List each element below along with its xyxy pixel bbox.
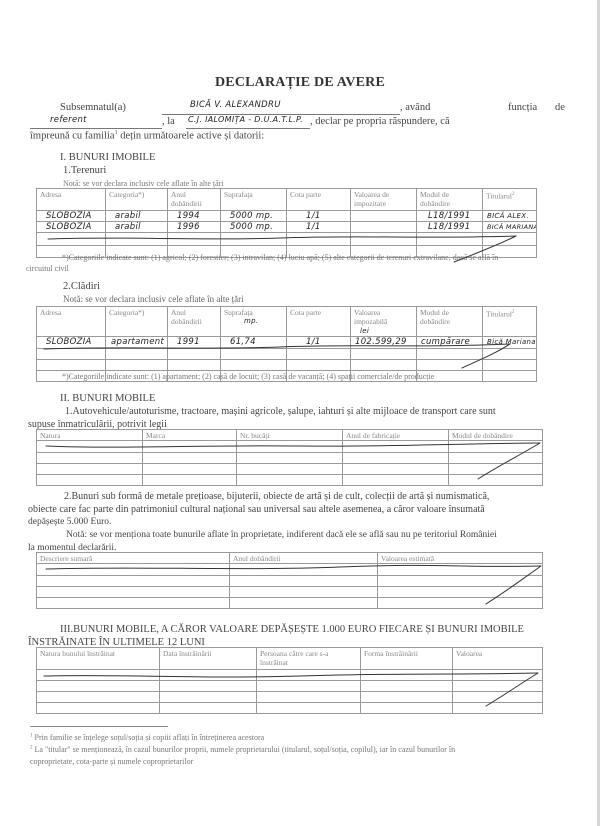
valuables-text: 2.Bunuri sub formă de metale prețioase, …	[64, 491, 489, 502]
cell-cota: 1/1	[290, 222, 347, 232]
footnote-separator	[30, 726, 168, 727]
col-cota: Cota parte	[287, 189, 351, 211]
col-mod: Modul de dobândire	[417, 189, 483, 211]
cell-mod: L18/1991	[420, 211, 479, 221]
col-anul: Anul dobândirii	[168, 189, 221, 211]
institution-value: C.J. IALOMIȚA - D.U.A.T.L.P.	[188, 115, 303, 124]
functia-label: funcția	[508, 102, 537, 113]
cell-categoria: arabil	[109, 222, 164, 232]
col-suprafata: Suprafațamp.	[221, 307, 287, 337]
col-anul-fabricatie: Anul de fabricație	[343, 430, 449, 441]
function-field[interactable]: referent	[30, 114, 162, 129]
section-2-heading: II. BUNURI MOBILE	[60, 393, 155, 404]
cell-cota: 1/1	[290, 211, 347, 221]
col-suprafata: Suprafața	[221, 189, 287, 211]
cladiri-footnote: *)Categoriile indicate sunt: (1) apartam…	[62, 372, 434, 381]
terenuri-note: Notă: se vor declara inclusiv cele aflat…	[63, 179, 224, 188]
cell-suprafata: 5000 mp.	[224, 211, 283, 221]
declar-text: , declar pe propria răspundere, că	[310, 116, 450, 127]
cell-titular: BICĂ ALEX.	[486, 211, 533, 221]
intro-family-text: împreună cu familia	[30, 131, 115, 142]
institution-field[interactable]: C.J. IALOMIȚA - D.U.A.T.L.P.	[186, 114, 310, 129]
section-1-heading: I. BUNURI IMOBILE	[60, 152, 155, 163]
cell-categoria: arabil	[109, 211, 164, 221]
col-forma-instrainarii: Forma înstrăinării	[361, 648, 453, 670]
col-anul-dobandirii: Anul dobândirii	[230, 553, 378, 564]
table-row: SLOBOZIA arabil 1994 5000 mp. 1/1 L18/19…	[37, 211, 537, 222]
cell-mod: cumpărare	[420, 337, 479, 347]
intro-rest-text: dețin următoarele active și datorii:	[118, 131, 265, 142]
col-descriere: Descriere sumară	[37, 553, 230, 564]
la-label: , la	[162, 116, 175, 127]
function-value: referent	[50, 115, 87, 125]
col-titular-label: Titularul	[486, 310, 512, 319]
col-titular-label: Titularul	[486, 192, 512, 201]
valuables-text-cont2: depășește 5.000 Euro.	[28, 517, 111, 527]
table-row: SLOBOZIA arabil 1996 5000 mp. 1/1 L18/19…	[37, 222, 537, 233]
col-marca: Marca	[143, 430, 237, 441]
terenuri-heading: 1.Terenuri	[63, 165, 106, 176]
name-field[interactable]: BICĂ V. ALEXANDRU	[162, 100, 400, 115]
cell-titular: BICĂ MARIANA	[486, 222, 533, 232]
col-categoria: Categoria*)	[106, 189, 168, 211]
col-cota: Cota parte	[287, 307, 351, 337]
de-label: de	[555, 102, 565, 113]
valuables-text-cont: obiecte care fac parte din patrimoniul c…	[28, 504, 485, 515]
page-title: DECLARAȚIE DE AVERE	[0, 75, 600, 91]
terenuri-table: Adresa Categoria*) Anul dobândirii Supra…	[36, 188, 537, 258]
cell-anul: 1996	[171, 222, 217, 232]
alienated-assets-table: Natura bunului înstrăinat Data înstrăină…	[36, 647, 543, 714]
col-valoare-estimata: Valoarea estimată	[378, 553, 543, 564]
footnote-1-marker: 1	[30, 733, 33, 738]
valuables-note: Notă: se vor menționa toate bunurile afl…	[66, 530, 497, 540]
cell-adresa: SLOBOZIA	[40, 211, 102, 221]
terenuri-footnote: *)Categoriile indicate sunt: (1) agricol…	[62, 253, 498, 262]
cell-mod: L18/1991	[420, 222, 479, 232]
col-categoria: Categoria*)	[106, 307, 168, 337]
cell-cota: 1/1	[290, 337, 347, 347]
col-valoare: Valoarea de impozitare	[351, 189, 417, 211]
col-valoarea: Valoarea	[453, 648, 543, 670]
footnote-1: 1 Prin familie se înțelege soțul/soția ș…	[30, 733, 264, 742]
cell-categoria: apartament	[109, 337, 164, 347]
footnote-1-text: Prin familie se înțelege soțul/soția și …	[35, 733, 265, 742]
footnote-2-marker: 2	[30, 745, 33, 750]
cladiri-table: Adresa Categoria*) Anul dobândirii Supra…	[36, 306, 537, 382]
suprafata-unit: mp.	[238, 316, 287, 326]
col-adresa: Adresa	[37, 189, 106, 211]
col-valoare-label: Valoarea impozabilă	[354, 308, 387, 326]
cell-suprafata: 5000 mp.	[224, 222, 283, 232]
cell-adresa: SLOBOZIA	[40, 222, 102, 232]
footnote-2-text: La "titular" se menționează, în cazul bu…	[35, 745, 456, 754]
footnote-2: 2 La "titular" se menționează, în cazul …	[30, 745, 455, 754]
cladiri-heading: 2.Clădiri	[63, 281, 100, 292]
col-persoana: Persoana către care s-a înstrăinat	[257, 648, 361, 670]
cell-suprafata: 61,74	[224, 337, 283, 347]
vehicles-text: 1.Autovehicule/autoturisme, tractoare, m…	[65, 406, 496, 417]
section-3-heading: III.BUNURI MOBILE, A CĂROR VALOARE DEPĂȘ…	[60, 624, 524, 635]
col-mod: Modul de dobândire	[417, 307, 483, 337]
col-anul: Anul dobândirii	[168, 307, 221, 337]
col-adresa: Adresa	[37, 307, 106, 337]
col-nr-bucati: Nr. bucăți	[237, 430, 343, 441]
col-titular: Titularul2	[483, 189, 537, 211]
valoare-unit: lei	[354, 326, 413, 336]
col-titular: Titularul2	[483, 307, 537, 337]
cell-titular: Bică Mariana	[486, 337, 533, 347]
col-mod-dobandire: Modul de dobândire	[449, 430, 543, 441]
cell-valoare: 102.599,29	[354, 337, 413, 347]
footnote-ref-2: 2	[512, 310, 515, 315]
cell-anul: 1991	[171, 337, 217, 347]
subsemnatul-label: Subsemnatul(a)	[60, 102, 126, 113]
table-row: SLOBOZIA apartament 1991 61,74 1/1 102.5…	[37, 337, 537, 349]
valuables-table: Descriere sumară Anul dobândirii Valoare…	[36, 552, 543, 609]
avand-label: , având	[400, 102, 430, 113]
footnote-2-cont: coproprietate, cota-parte și numele copr…	[30, 757, 193, 766]
col-data-instrainarii: Data înstrăinării	[160, 648, 257, 670]
cladiri-note: Notă: se vor declara inclusiv cele aflat…	[63, 294, 244, 304]
name-value: BICĂ V. ALEXANDRU	[190, 100, 281, 110]
intro-line3: împreună cu familia1 dețin următoarele a…	[30, 130, 264, 142]
col-natura: Natura	[37, 430, 143, 441]
footnote-ref-2: 2	[512, 192, 515, 197]
cell-anul: 1994	[171, 211, 217, 221]
col-valoare: Valoarea impozabilă lei	[351, 307, 417, 337]
cell-adresa: SLOBOZIA	[40, 337, 102, 347]
vehicles-table: Natura Marca Nr. bucăți Anul de fabricaț…	[36, 429, 543, 486]
col-natura-bunului: Natura bunului înstrăinat	[37, 648, 160, 670]
terenuri-footnote-cont: circuitul civil	[26, 264, 69, 273]
